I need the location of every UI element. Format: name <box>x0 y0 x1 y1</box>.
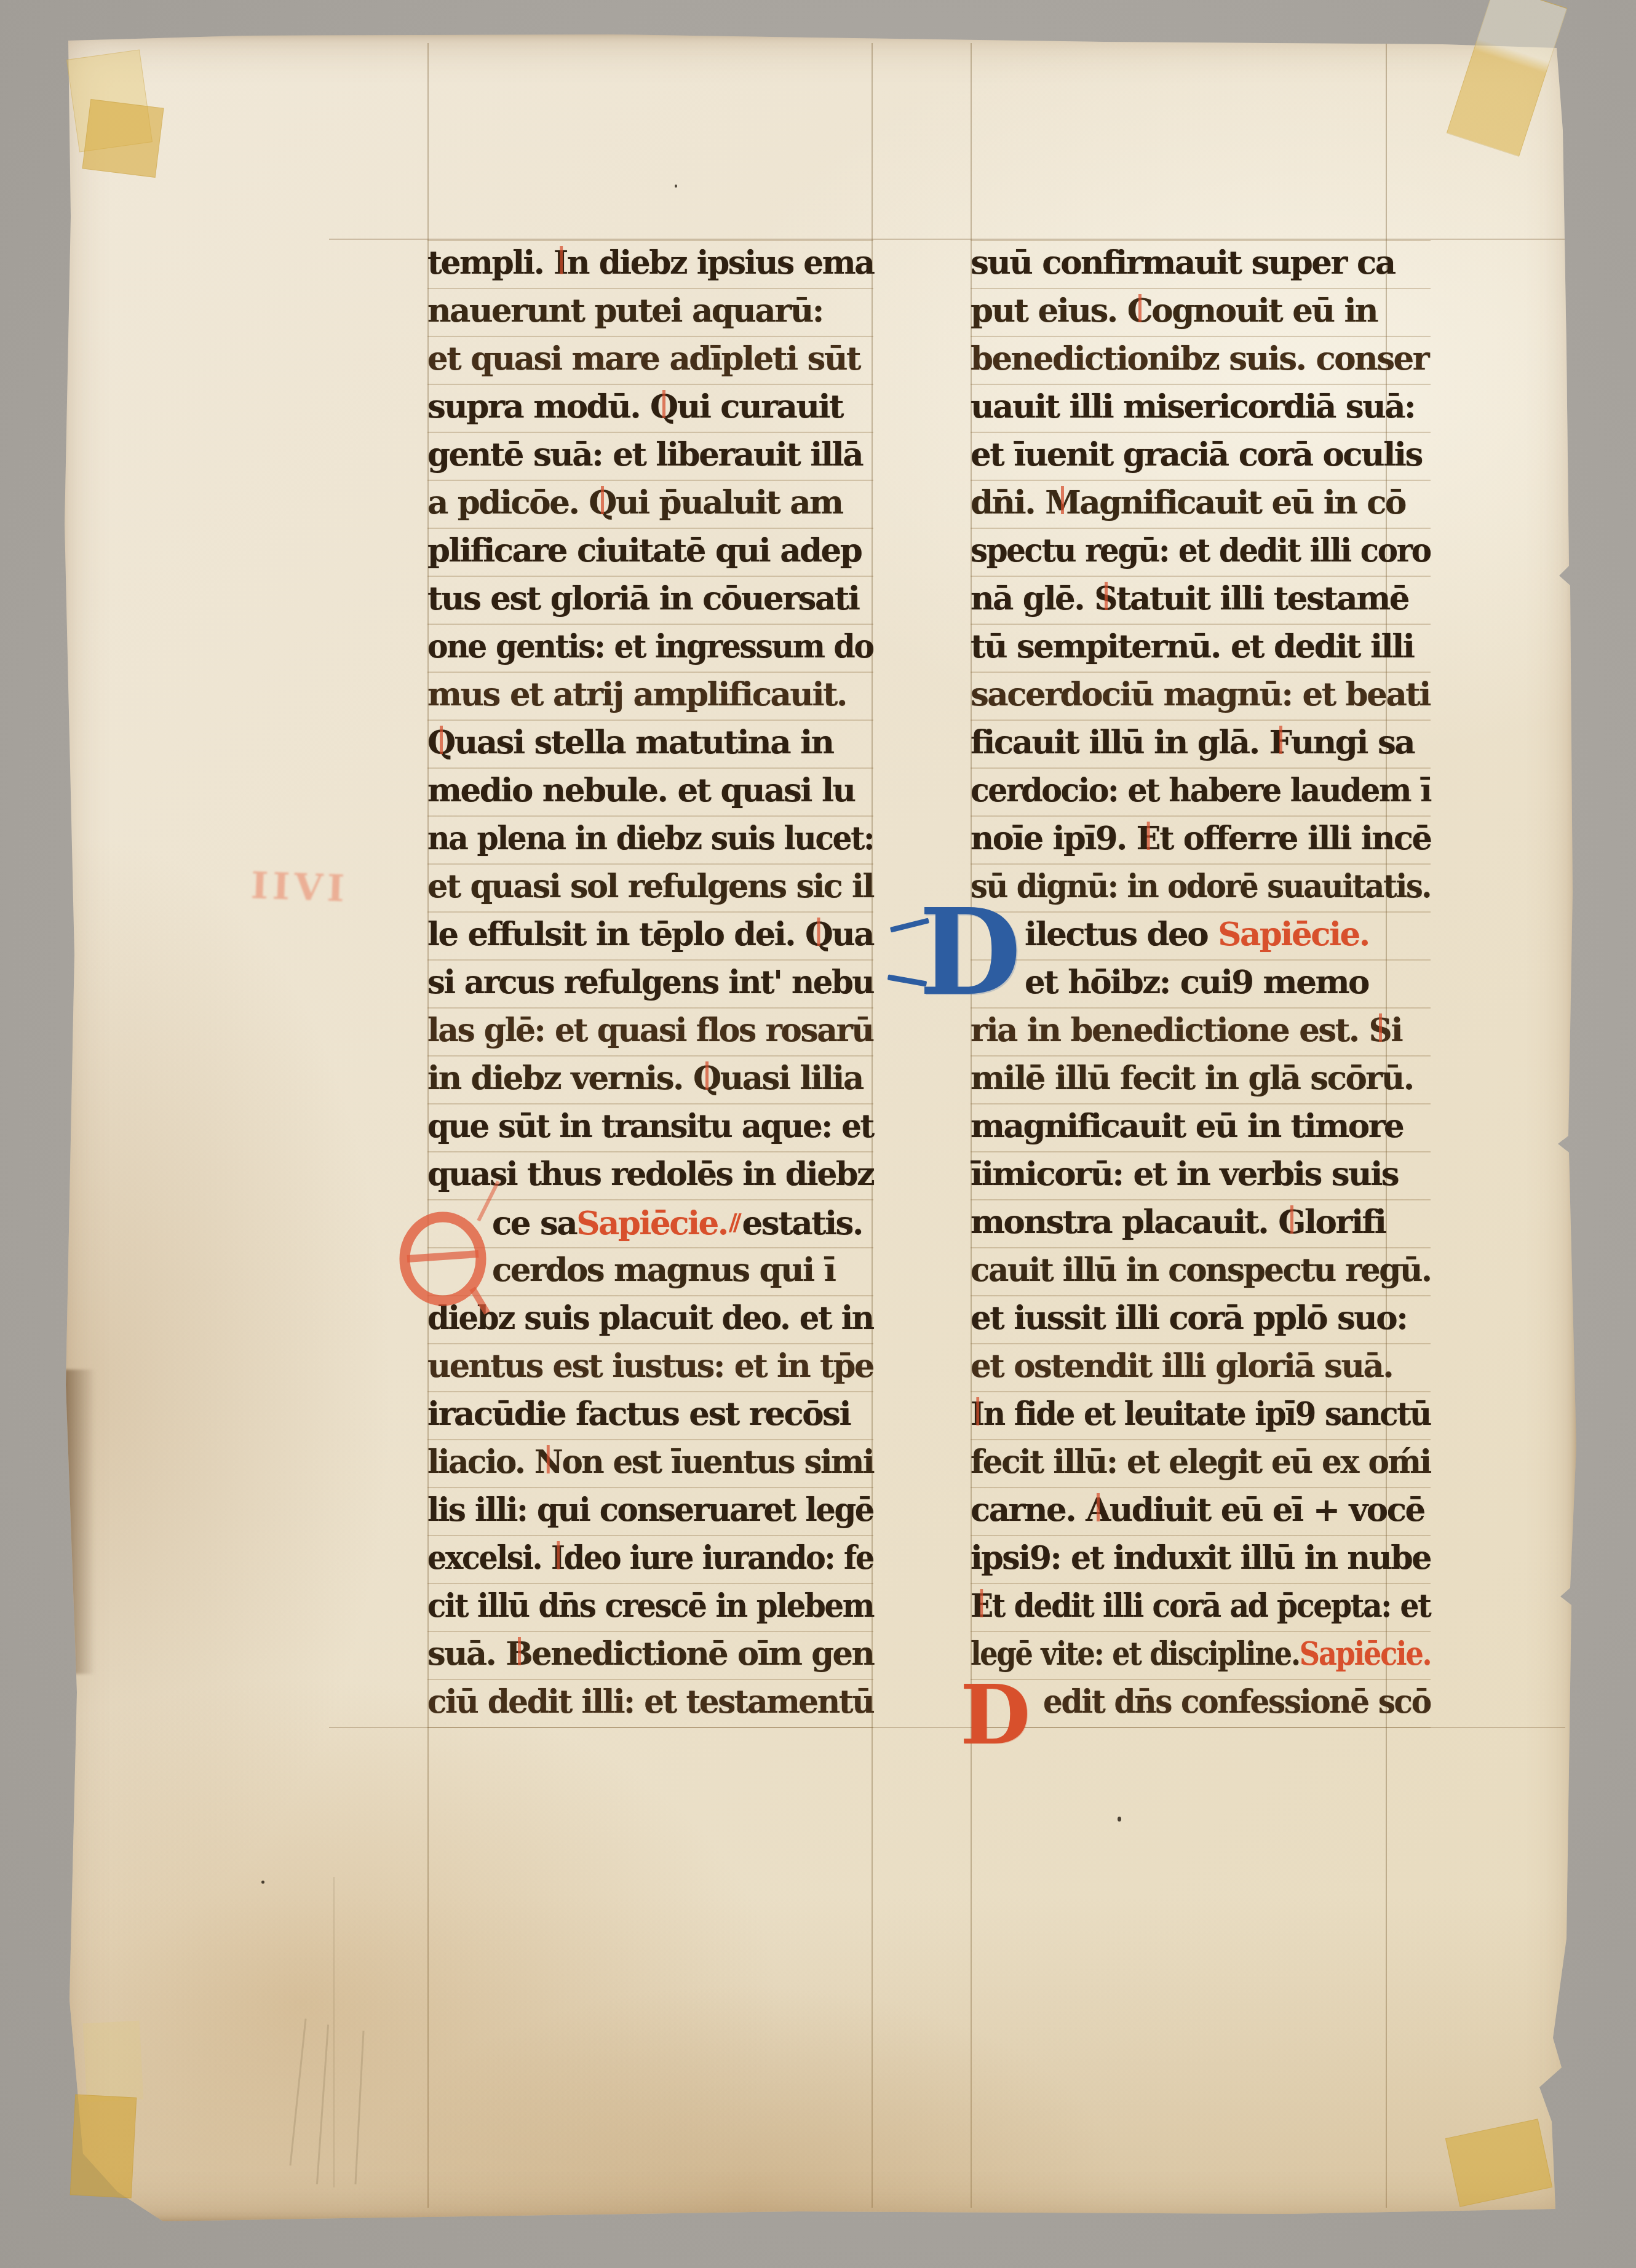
text-line: edit dn̄s confessionē scō <box>1043 1679 1409 1727</box>
text-segment: excelsi. <box>427 1539 551 1577</box>
text-segment: n diebz ipsius ema <box>567 244 874 282</box>
ink-speck <box>675 184 677 188</box>
text-segment: ria in benedictione est. <box>971 1011 1369 1049</box>
text-line: īimicorū: et in verbis suis <box>971 1151 1431 1199</box>
text-line: mus et atrij amplificauit. <box>427 672 873 720</box>
text-line: ciū dedit illi: et testamentū <box>427 1679 862 1727</box>
text-segment: S <box>1094 576 1116 621</box>
text-segment: cauit illū in conspectu regū. <box>971 1251 1431 1289</box>
text-segment: gentē suā: et liberauit illā <box>427 435 862 474</box>
text-segment: ce sa <box>492 1204 576 1242</box>
text-segment: put eius. <box>971 291 1127 330</box>
text-line: quasi thus redolēs in diebz <box>427 1151 867 1199</box>
text-segment: sacerdociū magnū: et beati <box>971 675 1430 713</box>
text-segment: si arcus refulgens int' nebu <box>427 963 873 1001</box>
text-segment: ipsi9: et induxit illū in nube <box>971 1539 1431 1577</box>
text-segment: agnificauit eū in cō <box>1079 483 1405 521</box>
text-segment: suū confirmauit super ca <box>971 244 1395 282</box>
text-segment: Q <box>427 720 455 765</box>
text-segment: n fide et leuitate ipī9 sanctū <box>983 1395 1431 1433</box>
text-segment: in diebz vernis. <box>427 1059 693 1097</box>
text-segment: templi. <box>427 244 554 282</box>
text-line: sacerdociū magnū: et beati <box>971 672 1431 720</box>
text-segment: Sapiēcie. <box>1218 915 1369 953</box>
text-segment: ua <box>832 915 873 953</box>
text-segment: dn̄i. <box>971 483 1045 521</box>
text-line: suū confirmauit super ca <box>971 240 1431 288</box>
text-line: in diebz vernis. Quasi lilia <box>427 1055 873 1103</box>
text-line: le effulsit in tēplo dei. Qua <box>427 911 871 959</box>
photograph-of-manuscript-leaf: templi. In diebz ipsius emanauerunt pute… <box>0 0 1636 2268</box>
text-line: uentus est iustus: et in tp̄e <box>427 1343 869 1391</box>
text-line: put eius. Cognouit eū in <box>971 288 1431 336</box>
text-line: legē vite: et discipline.Sapiēcie. <box>971 1631 1371 1679</box>
text-line: et ostendit illi gloriā suā. <box>971 1343 1431 1391</box>
text-line: milē illū fecit in glā scōrū. <box>971 1055 1431 1103</box>
text-line: et quasi mare adīpleti sūt <box>427 336 873 384</box>
text-segment: iracūdie factus est recōsi <box>427 1395 850 1433</box>
text-line: magnificauit eū in timore <box>971 1103 1431 1151</box>
text-segment: ficauit illū in glā. <box>971 723 1269 761</box>
text-line: supra modū. Qui curauit <box>427 384 873 432</box>
text-line: cit illū dn̄s crescē in plebem <box>427 1583 846 1631</box>
text-line: carne. Audiuit eū eī + vocē <box>971 1487 1431 1535</box>
text-line: suā. Benedictionē oīm gen <box>427 1631 870 1679</box>
text-line: et īuenit graciā corā oculis <box>971 432 1431 480</box>
bottom-tan-stain <box>58 1895 1578 2221</box>
text-line: cerdos magnus qui ī <box>492 1247 873 1295</box>
text-segment: monstra placauit. <box>971 1203 1278 1241</box>
text-segment: ciū dedit illi: et testamentū <box>427 1683 873 1721</box>
text-segment: I <box>551 1535 564 1580</box>
text-segment: one gentis: et ingressum do <box>427 627 873 665</box>
text-line: liacio. Non est īuentus simi <box>427 1439 860 1487</box>
edge-stain <box>60 1370 95 1674</box>
text-segment: que sūt in transitu aque: et <box>427 1107 873 1145</box>
text-segment: Q <box>805 911 832 957</box>
ink-speck <box>261 1881 264 1884</box>
text-line: ipsi9: et induxit illū in nube <box>971 1535 1423 1583</box>
text-segment: ui curauit <box>677 387 843 426</box>
text-segment: medio nebule. et quasi lu <box>427 771 855 809</box>
text-line: benedictionibz suis. conser <box>971 336 1431 384</box>
text-segment: diebz suis placuit deo. et in <box>427 1299 873 1337</box>
text-line: gentē suā: et liberauit illā <box>427 432 873 480</box>
text-line: et iussit illi corā pplō suo: <box>971 1295 1431 1343</box>
text-segment: a pdicōe. <box>427 483 589 521</box>
text-line: ria in benedictione est. Si <box>971 1007 1431 1055</box>
text-segment: ui p̄ualuit am <box>616 483 843 521</box>
text-line: lis illi: qui conseruaret legē <box>427 1487 859 1535</box>
text-segment: I <box>554 240 567 285</box>
faint-margin-numeral: IIVI <box>250 864 349 910</box>
text-segment: ilectus deo <box>1025 915 1218 953</box>
text-segment: deo iure iurando: fe <box>564 1539 873 1577</box>
text-segment: estatis. <box>742 1204 862 1242</box>
text-segment: ognouit eū in <box>1151 291 1377 330</box>
text-line: uauit illi misericordiā suā: <box>971 384 1431 432</box>
text-segment: liacio. <box>427 1443 534 1481</box>
text-line: tū sempiternū. et dedit illi <box>971 624 1431 672</box>
text-segment: plificare ciuitatē qui adep <box>427 531 861 569</box>
text-segment: Q <box>693 1055 720 1101</box>
text-segment: G <box>1278 1199 1304 1245</box>
text-segment: magnificauit eū in timore <box>971 1107 1403 1145</box>
text-segment: benedictionibz suis. conser <box>971 339 1428 378</box>
text-segment: B <box>506 1631 531 1676</box>
text-segment: fecit illū: et elegit eū ex oḿi <box>971 1443 1431 1481</box>
text-line: nauerunt putei aquarū: <box>427 288 873 336</box>
text-segment: ungi sa <box>1291 723 1414 761</box>
text-line: spectu regū: et dedit illi coro <box>971 528 1404 576</box>
text-segment: enedictionē oīm gen <box>531 1635 873 1673</box>
initial-d-dilectus-blue: D <box>919 902 1022 1006</box>
text-segment: E <box>1137 815 1160 861</box>
text-line: plificare ciuitatē qui adep <box>427 528 873 576</box>
text-line: ilectus deo Sapiēcie. <box>1025 911 1431 959</box>
vellum-leaf: templi. In diebz ipsius emanauerunt pute… <box>58 32 1578 2222</box>
text-line: cerdocio: et habere laudem ī <box>971 767 1409 815</box>
text-line: sū dignū: in odorē suauitatis. <box>971 863 1399 911</box>
text-segment: udiuit eū eī + vocē <box>1110 1491 1424 1529</box>
text-segment: cerdocio: et habere laudem ī <box>971 771 1431 809</box>
text-line: medio nebule. et quasi lu <box>427 767 873 815</box>
text-segment: // <box>728 1208 742 1235</box>
text-segment: uasi stella matutina in <box>455 723 833 761</box>
text-segment: on est īuentus simi <box>562 1443 873 1481</box>
text-segment: carne. <box>971 1491 1086 1529</box>
text-segment: spectu regū: et dedit illi coro <box>971 531 1431 569</box>
text-line: excelsi. Ideo iure iurando: fe <box>427 1535 841 1583</box>
text-segment: legē vite: et discipline. <box>971 1635 1300 1673</box>
text-column-left: templi. In diebz ipsius emanauerunt pute… <box>427 240 873 1728</box>
text-segment: na plena in diebz suis lucet: <box>427 819 873 857</box>
text-segment: las glē: et quasi flos rosarū <box>427 1011 873 1049</box>
text-segment: lorifi <box>1304 1203 1385 1241</box>
text-segment: le effulsit in tēplo dei. <box>427 915 805 953</box>
text-line: et hōibz: cui9 memo <box>1025 959 1431 1007</box>
text-line: noīe ipī9. Et offerre illi incē <box>971 815 1427 863</box>
text-column-right: suū confirmauit super caput eius. Cognou… <box>971 240 1431 1728</box>
text-line: que sūt in transitu aque: et <box>427 1103 860 1151</box>
text-line: monstra placauit. Glorifi <box>971 1199 1431 1247</box>
text-segment: quasi thus redolēs in diebz <box>427 1155 873 1193</box>
text-segment: milē illū fecit in glā scōrū. <box>971 1059 1413 1097</box>
text-segment: t dedit illi corā ad p̄cepta: et <box>992 1587 1431 1625</box>
text-segment: S <box>1369 1007 1391 1053</box>
text-segment: nā glē. <box>971 579 1094 617</box>
text-segment: lis illi: qui conseruaret legē <box>427 1491 873 1529</box>
text-line: In fide et leuitate ipī9 sanctū <box>971 1391 1402 1439</box>
text-segment: A <box>1086 1487 1110 1532</box>
text-segment: Q <box>650 384 677 429</box>
text-segment: et quasi sol refulgens sic il <box>427 867 873 905</box>
text-line: one gentis: et ingressum do <box>427 624 851 672</box>
text-segment: uentus est iustus: et in tp̄e <box>427 1347 873 1385</box>
text-line: a pdicōe. Qui p̄ualuit am <box>427 480 873 528</box>
text-segment: et ostendit illi gloriā suā. <box>971 1347 1392 1385</box>
initial-d-dedit-red: D <box>960 1678 1030 1758</box>
text-segment: mus et atrij amplificauit. <box>427 675 846 713</box>
text-segment: supra modū. <box>427 387 650 426</box>
text-segment: et īuenit graciā corā oculis <box>971 435 1422 474</box>
text-segment: tus est gloriā in cōuersati <box>427 579 859 617</box>
text-line: ce saSapiēcie.//estatis. <box>492 1199 873 1247</box>
text-segment: uasi lilia <box>720 1059 863 1097</box>
text-segment: E <box>971 1583 992 1628</box>
text-segment: I <box>971 1391 983 1437</box>
text-segment: suā. <box>427 1635 506 1673</box>
text-segment: tū sempiternū. et dedit illi <box>971 627 1414 665</box>
text-line: Quasi stella matutina in <box>427 720 873 767</box>
text-line: iracūdie factus est recōsi <box>427 1391 873 1439</box>
text-segment: tatuit illi testamē <box>1116 579 1408 617</box>
text-line: dn̄i. Magnificauit eū in cō <box>971 480 1431 528</box>
text-segment: et hōibz: cui9 memo <box>1025 963 1368 1001</box>
text-line: si arcus refulgens int' nebu <box>427 959 859 1007</box>
text-segment: cit illū dn̄s crescē in plebem <box>427 1587 873 1625</box>
text-segment: noīe ipī9. <box>971 819 1137 857</box>
text-segment: F <box>1269 720 1291 765</box>
text-segment: C <box>1127 288 1152 333</box>
text-segment: Q <box>589 480 616 525</box>
text-segment: Sapiēcie. <box>576 1204 728 1242</box>
text-segment: sū dignū: in odorē suauitatis. <box>971 867 1431 905</box>
text-line: et quasi sol refulgens sic il <box>427 863 868 911</box>
text-segment: N <box>534 1439 562 1485</box>
text-line: las glē: et quasi flos rosarū <box>427 1007 864 1055</box>
text-line: Et dedit illi corā ad p̄cepta: et <box>971 1583 1394 1631</box>
text-segment: edit dn̄s confessionē scō <box>1043 1683 1431 1721</box>
text-line: diebz suis placuit deo. et in <box>427 1295 859 1343</box>
text-segment: īimicorū: et in verbis suis <box>971 1155 1398 1193</box>
text-line: tus est gloriā in cōuersati <box>427 576 873 624</box>
ink-speck <box>1118 1817 1121 1822</box>
text-segment: t offerre illi incē <box>1159 819 1431 857</box>
text-segment: et iussit illi corā pplō suo: <box>971 1299 1407 1337</box>
text-segment: Sapiēcie. <box>1300 1635 1431 1673</box>
text-line: na plena in diebz suis lucet: <box>427 815 850 863</box>
text-line: fecit illū: et elegit eū ex oḿi <box>971 1439 1419 1487</box>
text-line: cauit illū in conspectu regū. <box>971 1247 1418 1295</box>
text-segment: M <box>1045 480 1079 525</box>
text-segment: nauerunt putei aquarū: <box>427 291 823 330</box>
text-line: templi. In diebz ipsius ema <box>427 240 864 288</box>
text-segment: i <box>1391 1011 1402 1049</box>
text-segment: cerdos magnus qui ī <box>492 1251 835 1289</box>
text-line: ficauit illū in glā. Fungi sa <box>971 720 1431 767</box>
text-segment: et quasi mare adīpleti sūt <box>427 339 860 378</box>
text-segment: uauit illi misericordiā suā: <box>971 387 1415 426</box>
text-line: nā glē. Statuit illi testamē <box>971 576 1431 624</box>
